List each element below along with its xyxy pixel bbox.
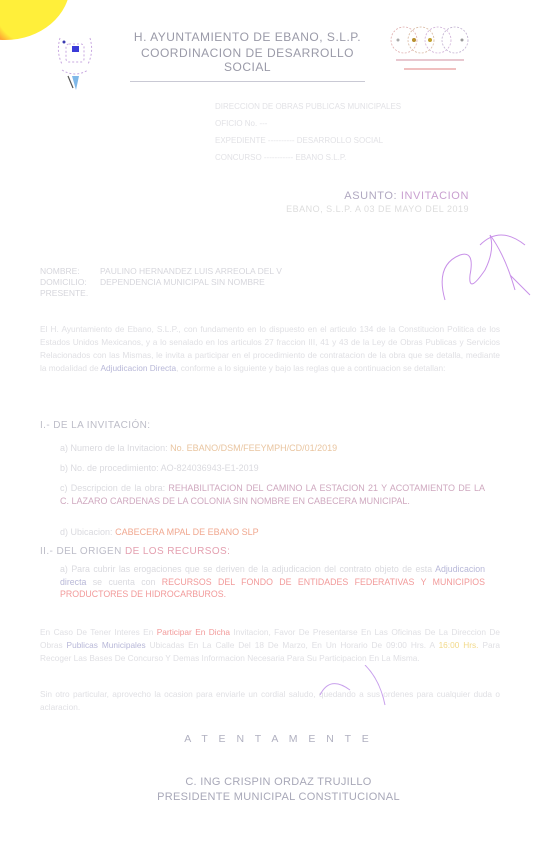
address-line: CONCURSO ----------- EBANO S.L.P. xyxy=(215,149,455,166)
signature-scribble-icon xyxy=(430,215,540,305)
item-label: No. de procedimiento: xyxy=(71,463,159,473)
department-name: COORDINACION DE DESARROLLO SOCIAL xyxy=(120,46,375,74)
address-block: DIRECCION DE OBRAS PUBLICAS MUNICIPALES … xyxy=(215,98,455,166)
recipient-address-label: DOMICILIO: xyxy=(40,277,100,288)
present-label: PRESENTE. xyxy=(40,288,282,299)
funding-text: Para cubrir las erogaciones que se deriv… xyxy=(71,564,432,574)
section-2-title-b: DE LOS RECURSOS: xyxy=(125,546,230,557)
visit-hours: 16:00 Hrs. xyxy=(439,640,479,650)
invitation-item-a: a) Numero de la Invitacion: No. EBANO/DS… xyxy=(60,442,485,455)
section-1-title: I.- DE LA INVITACIÓN: xyxy=(40,420,150,431)
invitation-item-c: c) Descripcion de la obra: REHABILITACIO… xyxy=(60,482,485,507)
letterhead: H. AYUNTAMIENTO DE EBANO, S.L.P. COORDIN… xyxy=(120,30,375,82)
visit-text: En Caso De Tener Interes En xyxy=(40,627,153,637)
item-letter: d) xyxy=(60,527,68,537)
municipality-name: H. AYUNTAMIENTO DE EBANO, S.L.P. xyxy=(120,30,375,44)
invitation-item-d: d) Ubicacion: CABECERA MPAL DE EBANO SLP xyxy=(60,526,485,539)
item-letter: a) xyxy=(60,564,68,574)
address-line: OFICIO No. --- xyxy=(215,115,455,132)
coat-of-arms-logo-icon xyxy=(52,30,98,92)
recipient-block: NOMBRE:PAULINO HERNANDEZ LUIS ARREOLA DE… xyxy=(40,266,282,299)
signer-name: C. ING CRISPIN ORDAZ TRUJILLO xyxy=(0,776,557,788)
funding-text-mid: se cuenta con xyxy=(93,577,156,587)
item-value: CABECERA MPAL DE EBANO SLP xyxy=(115,527,259,537)
item-letter: c) xyxy=(60,483,68,493)
visit-highlight: Participar En Dicha xyxy=(157,627,230,637)
recipient-name: PAULINO HERNANDEZ LUIS ARREOLA DEL V xyxy=(100,266,282,276)
address-line: DIRECCION DE OBRAS PUBLICAS MUNICIPALES xyxy=(215,98,455,115)
item-value: AO-824036943-E1-2019 xyxy=(161,463,259,473)
intro-text-end: , conforme a lo siguiente y bajo las reg… xyxy=(176,363,445,373)
section-2-title: II.- DEL ORIGEN DE LOS RECURSOS: xyxy=(40,546,230,557)
item-letter: b) xyxy=(60,463,68,473)
section-2-title-a: II.- DEL ORIGEN xyxy=(40,546,122,557)
funding-item-a: a) Para cubrir las erogaciones que se de… xyxy=(60,563,485,601)
visit-paragraph: En Caso De Tener Interes En Participar E… xyxy=(40,626,500,665)
date-line: EBANO, S.L.P. A 03 DE MAYO DEL 2019 xyxy=(286,204,469,214)
visit-text: Ubicadas En La Calle Del 18 De Marzo, En… xyxy=(150,640,435,650)
item-label: Ubicacion: xyxy=(71,527,113,537)
invitation-item-b: b) No. de procedimiento: AO-824036943-E1… xyxy=(60,462,485,475)
item-letter: a) xyxy=(60,443,68,453)
atentamente-label: A T E N T A M E N T E xyxy=(0,733,557,745)
closing-paragraph: Sin otro particular, aprovecho la ocasio… xyxy=(40,688,500,714)
item-value: No. EBANO/DSM/FEEYMPH/CD/01/2019 xyxy=(170,443,337,453)
header-rule xyxy=(130,81,365,82)
recipient-address: DEPENDENCIA MUNICIPAL SIN NOMBRE xyxy=(100,277,265,287)
subject-line: ASUNTO: INVITACION xyxy=(344,190,469,202)
intro-paragraph: El H. Ayuntamiento de Ebano, S.L.P., con… xyxy=(40,323,500,375)
signer-title: PRESIDENTE MUNICIPAL CONSTITUCIONAL xyxy=(0,791,557,803)
item-label: Descripcion de la obra: xyxy=(71,483,165,493)
recipient-name-label: NOMBRE: xyxy=(40,266,100,277)
rings-logo-icon xyxy=(388,24,472,76)
address-line: EXPEDIENTE ---------- DESARROLLO SOCIAL xyxy=(215,132,455,149)
intro-highlight: Adjudicacion Directa xyxy=(100,363,176,373)
signature-stroke-icon xyxy=(310,665,400,715)
item-label: Numero de la Invitacion: xyxy=(71,443,168,453)
subject-value: INVITACION xyxy=(401,190,469,202)
subject-label: ASUNTO: xyxy=(344,190,397,202)
visit-highlight: Publicas Municipales xyxy=(67,640,146,650)
